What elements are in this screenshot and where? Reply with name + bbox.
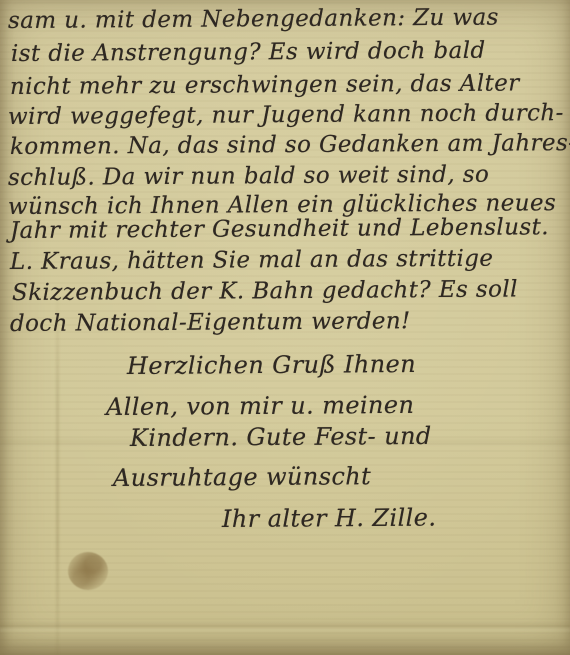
letter-line: Jahr mit rechter Gesundheit und Lebenslu… <box>10 214 549 244</box>
paper-crease-vertical <box>56 285 59 655</box>
letter-closing-line: Allen, von mir u. meinen <box>106 391 415 421</box>
letter-closing-line: Kindern. Gute Fest- und <box>130 422 432 452</box>
letter-line: wird weggefegt, nur Jugend kann noch dur… <box>8 100 564 130</box>
letter-closing-line: Herzlichen Gruß Ihnen <box>127 350 416 380</box>
letter-line: L. Kraus, hätten Sie mal an das strittig… <box>10 246 494 275</box>
handwritten-letter-page: sam u. mit dem Nebengedanken: Zu was ist… <box>0 0 570 655</box>
letter-line: kommen. Na, das sind so Gedanken am Jahr… <box>10 130 570 160</box>
paper-stain <box>68 552 108 590</box>
letter-line: Skizzenbuch der K. Bahn gedacht? Es soll <box>12 276 518 306</box>
letter-line: schluß. Da wir nun bald so weit sind, so <box>8 162 489 191</box>
signature-line: Ihr alter H. Zille. <box>222 504 436 533</box>
paper-crease-horizontal <box>0 620 570 634</box>
letter-line: sam u. mit dem Nebengedanken: Zu was <box>8 5 499 34</box>
letter-line: doch National-Eigentum werden! <box>10 308 411 337</box>
letter-closing-line: Ausruhtage wünscht <box>113 462 371 492</box>
paper-crease-faint <box>0 438 570 446</box>
letter-line: ist die Anstrengung? Es wird doch bald <box>11 38 486 67</box>
letter-line: nicht mehr zu erschwingen sein, das Alte… <box>10 70 520 100</box>
